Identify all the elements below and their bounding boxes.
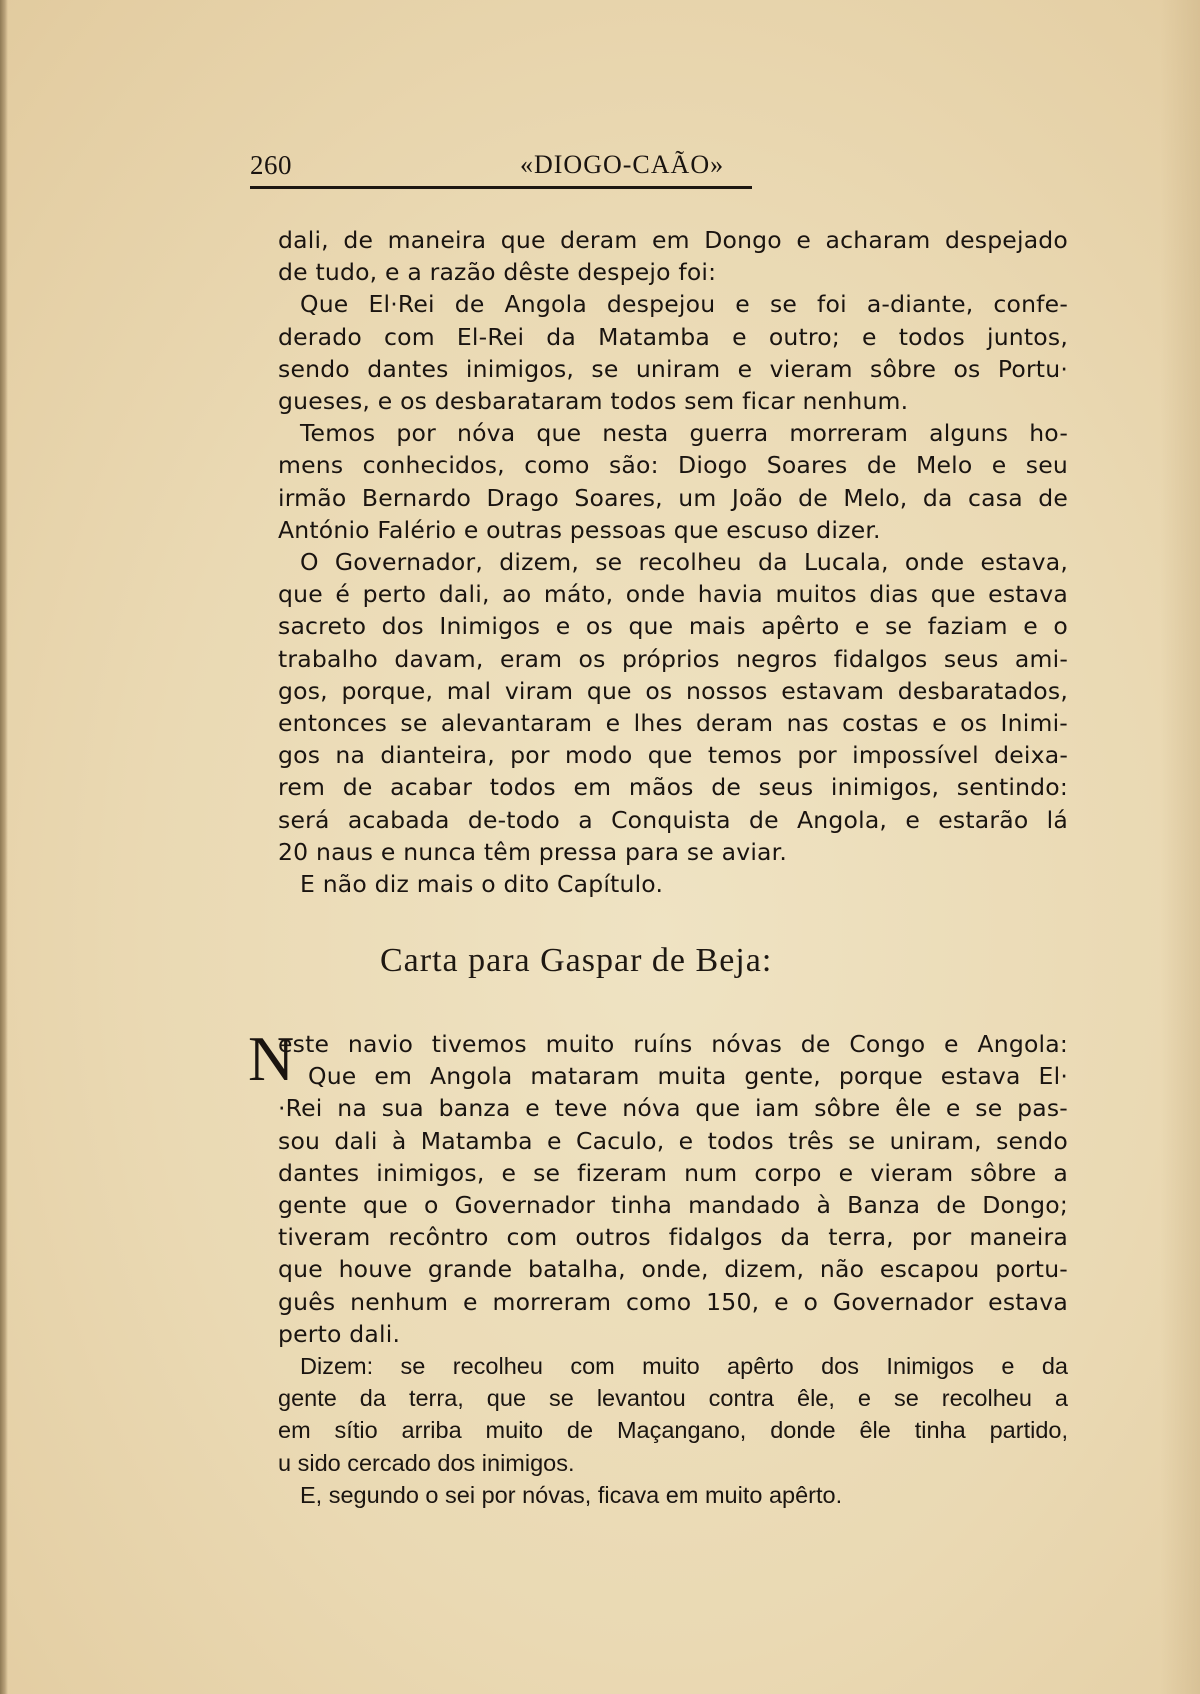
section-title: Carta para Gaspar de Beja: — [380, 942, 772, 980]
page-header: 260 «DIOGO-CAÃO» — [250, 150, 750, 190]
text-line: será acabada de-todo a Conquista de Ango… — [278, 804, 1068, 836]
text-line: sacreto dos Inimigos e os que mais apêrt… — [278, 610, 1068, 642]
text-line: irmão Bernardo Drago Soares, um João de … — [278, 482, 1068, 514]
book-spine-edge — [0, 0, 8, 1694]
paragraph-start: E não diz mais o dito Capítulo. — [278, 868, 1068, 900]
text-line: gos, porque, mal viram que os nossos est… — [278, 675, 1068, 707]
text-line: mens conhecidos, como são: Diogo Soares … — [278, 449, 1068, 481]
text-line: que é perto dali, ao máto, onde havia mu… — [278, 578, 1068, 610]
text-line: derado com El-Rei da Matamba e outro; e … — [278, 321, 1068, 353]
paragraph-start: Temos por nóva que nesta guerra morreram… — [278, 417, 1068, 449]
text-line: tiveram recôntro com outros fidalgos da … — [278, 1221, 1068, 1253]
text-line: em sítio arriba muito de Maçangano, dond… — [278, 1414, 1068, 1446]
body-text: dali, de maneira que deram em Dongo e ac… — [278, 224, 1068, 900]
text-line: sendo dantes inimigos, se uniram e viera… — [278, 353, 1068, 385]
text-line: dali, de maneira que deram em Dongo e ac… — [278, 224, 1068, 256]
paragraph-start: Dizem: se recolheu com muito apêrto dos … — [278, 1350, 1068, 1382]
text-line: dantes inimigos, e se fizeram num corpo … — [278, 1157, 1068, 1189]
text-line: entonces se alevantaram e lhes deram nas… — [278, 707, 1068, 739]
text-line: gente da terra, que se levantou contra ê… — [278, 1382, 1068, 1414]
text-line: de tudo, e a razão dêste despejo foi: — [278, 256, 1068, 288]
paragraph-start: Que El·Rei de Angola despejou e se foi a… — [278, 288, 1068, 320]
page-number: 260 — [250, 150, 292, 181]
running-title: «DIOGO-CAÃO» — [520, 150, 724, 180]
text-line: ·Rei na sua banza e teve nóva que iam sô… — [278, 1092, 1068, 1124]
text-line: rem de acabar todos em mãos de seus inim… — [278, 771, 1068, 803]
drop-cap: N — [248, 1030, 294, 1088]
text-line: António Falério e outras pessoas que esc… — [278, 514, 1068, 546]
text-line: este navio tivemos muito ruíns nóvas de … — [278, 1028, 1068, 1060]
text-line: trabalho davam, eram os próprios negros … — [278, 643, 1068, 675]
text-line: perto dali. — [278, 1318, 1068, 1350]
text-line: gente que o Governador tinha mandado à B… — [278, 1189, 1068, 1221]
text-line: que houve grande batalha, onde, dizem, n… — [278, 1253, 1068, 1285]
letter-text: N este navio tivemos muito ruíns nóvas d… — [278, 1028, 1068, 1511]
text-line: gos na dianteira, por modo que temos por… — [278, 739, 1068, 771]
text-line: sou dali à Matamba e Caculo, e todos trê… — [278, 1125, 1068, 1157]
paragraph-start: E, segundo o sei por nóvas, ficava em mu… — [278, 1479, 1068, 1511]
text-line: 20 naus e nunca têm pressa para se aviar… — [278, 836, 1068, 868]
text-line: gueses, e os desbarataram todos sem fica… — [278, 385, 1068, 417]
text-line: Que em Angola mataram muita gente, porqu… — [278, 1060, 1068, 1092]
text-line: guês nenhum e morreram como 150, e o Gov… — [278, 1286, 1068, 1318]
paragraph-start: O Governador, dizem, se recolheu da Luca… — [278, 546, 1068, 578]
header-rule — [250, 186, 752, 189]
page-edge — [1160, 0, 1200, 1694]
text-line: u sido cercado dos inimigos. — [278, 1447, 1068, 1479]
